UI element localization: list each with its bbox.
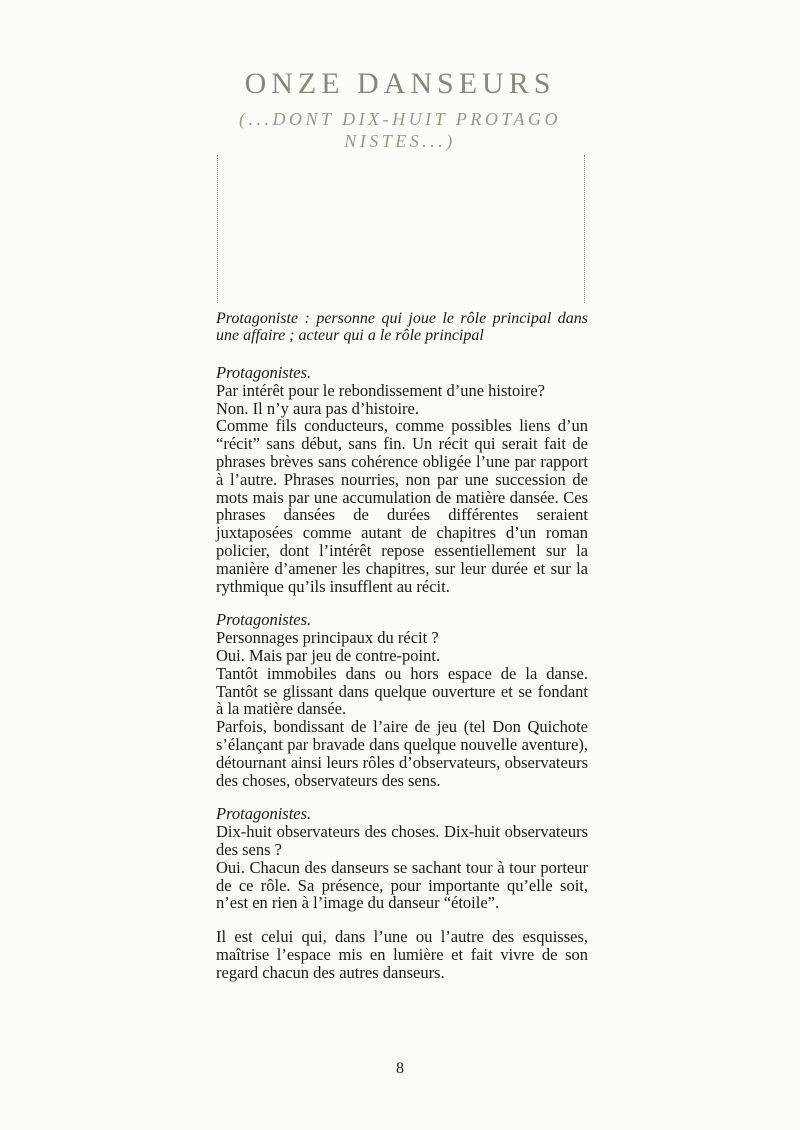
paragraph: Oui. Mais par jeu de contre-point.: [216, 647, 588, 665]
body-text: Protagonistes. Par intérêt pour le rebon…: [216, 364, 588, 982]
section: Protagonistes. Dix-huit observateurs des…: [216, 805, 588, 912]
paragraph: Non. Il n’y aura pas d’histoire.: [216, 400, 588, 418]
section: Protagonistes. Personnages principaux du…: [216, 611, 588, 789]
paragraph: Dix-huit observateurs des choses. Dix-hu…: [216, 823, 588, 859]
page-number: 8: [0, 1060, 800, 1078]
page-title: ONZE DANSEURS: [200, 67, 600, 101]
section-heading: Protagonistes.: [216, 805, 588, 823]
section-heading: Protagonistes.: [216, 611, 588, 629]
paragraph: Tantôt immobiles dans ou hors espace de …: [216, 665, 588, 718]
paragraph: Comme fils conducteurs, comme possibles …: [216, 417, 588, 595]
definition: Protagoniste : personne qui joue le rôle…: [216, 310, 588, 344]
paragraph: Parfois, bondissant de l’aire de jeu (te…: [216, 718, 588, 789]
section-heading: Protagonistes.: [216, 364, 588, 382]
image-frame-left-border: [217, 155, 219, 303]
page-subtitle: (...DONT DIX-HUIT PROTAGO NISTES...): [215, 108, 585, 152]
closing-paragraph: Il est celui qui, dans l’une ou l’autre …: [216, 928, 588, 981]
image-frame-right-border: [584, 155, 586, 303]
paragraph: Personnages principaux du récit ?: [216, 629, 588, 647]
paragraph: Par intérêt pour le rebondissement d’une…: [216, 382, 588, 400]
paragraph: Oui. Chacun des danseurs se sachant tour…: [216, 859, 588, 912]
section: Protagonistes. Par intérêt pour le rebon…: [216, 364, 588, 595]
